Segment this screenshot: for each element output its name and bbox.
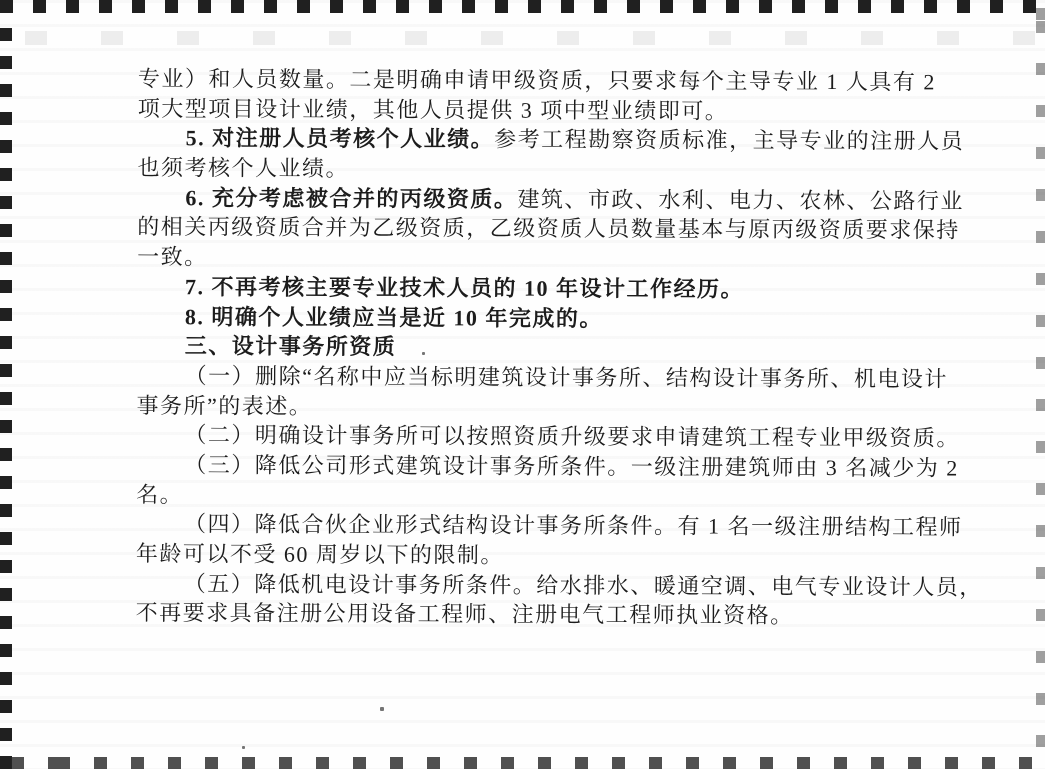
doc-line-7: 一致。 bbox=[137, 242, 947, 275]
doc-line-18-item-wu: （五）降低机电设计事务所条件。给水排水、暖通空调、电气专业设计人员， bbox=[136, 569, 946, 602]
line-text: （二）明确设计事务所可以按照资质升级要求申请建筑工程专业甲级资质。 bbox=[184, 422, 960, 450]
doc-line-1: 专业）和人员数量。二是明确申请甲级资质，只要求每个主导专业 1 人具有 2 bbox=[138, 64, 948, 97]
doc-line-10-section-heading: 三、设计事务所资质 bbox=[137, 331, 947, 364]
item-7-bold: 7. 不再考核主要专业技术人员的 10 年设计工作经历。 bbox=[185, 274, 744, 301]
line-text: （一）删除“名称中应当标明建筑设计事务所、结构设计事务所、机电设计 bbox=[185, 363, 948, 391]
scan-artifact-bottom-edge bbox=[0, 757, 1045, 769]
line-text: 专业）和人员数量。二是明确申请甲级资质，只要求每个主导专业 1 人具有 2 bbox=[138, 66, 936, 94]
document-body: 专业）和人员数量。二是明确申请甲级资质，只要求每个主导专业 1 人具有 2 项大… bbox=[136, 64, 948, 632]
line-text: （四）降低合伙企业形式结构设计事务所条件。有 1 名一级注册结构工程师 bbox=[184, 512, 963, 540]
item-6-lead-bold: 6. 充分考虑被合并的丙级资质。 bbox=[185, 185, 517, 211]
line-text: 建筑、市政、水利、电力、农林、公路行业 bbox=[517, 186, 964, 213]
scan-artifact-right-edge bbox=[1036, 0, 1045, 769]
doc-line-13-item-er: （二）明确设计事务所可以按照资质升级要求申请建筑工程专业甲级资质。 bbox=[136, 420, 946, 453]
doc-line-17: 年龄可以不受 60 周岁以下的限制。 bbox=[136, 539, 946, 572]
doc-line-8-item-7: 7. 不再考核主要专业技术人员的 10 年设计工作经历。 bbox=[137, 272, 947, 305]
scan-artifact-top-faint-row bbox=[25, 31, 1045, 45]
line-text: 的相关丙级资质合并为乙级资质，乙级资质人员数量基本与原丙级资质要求保持 bbox=[137, 214, 960, 243]
doc-line-14-item-san: （三）降低公司形式建筑设计事务所条件。一级注册建筑师由 3 名减少为 2 bbox=[136, 450, 946, 483]
line-text: 名。 bbox=[136, 482, 183, 507]
doc-line-15: 名。 bbox=[136, 480, 946, 513]
item-5-lead-bold: 5. 对注册人员考核个人业绩。 bbox=[186, 126, 495, 152]
doc-line-11-item-yi: （一）删除“名称中应当标明建筑设计事务所、结构设计事务所、机电设计 bbox=[137, 361, 947, 394]
doc-line-5-item-6: 6. 充分考虑被合并的丙级资质。建筑、市政、水利、电力、农林、公路行业 bbox=[137, 183, 947, 216]
line-text: （五）降低机电设计事务所条件。给水排水、暖通空调、电气专业设计人员， bbox=[184, 571, 983, 599]
item-8-bold: 8. 明确个人业绩应当是近 10 年完成的。 bbox=[185, 304, 603, 331]
line-text: （三）降低公司形式建筑设计事务所条件。一级注册建筑师由 3 名减少为 2 bbox=[184, 452, 959, 480]
scanned-document-page: 专业）和人员数量。二是明确申请甲级资质，只要求每个主导专业 1 人具有 2 项大… bbox=[0, 0, 1045, 769]
line-text: 项大型项目设计业绩，其他人员提供 3 项中型业绩即可。 bbox=[138, 96, 729, 124]
line-text: 参考工程勘察资质标准，主导专业的注册人员 bbox=[494, 127, 964, 154]
doc-line-2: 项大型项目设计业绩，其他人员提供 3 项中型业绩即可。 bbox=[138, 94, 948, 127]
doc-line-12: 事务所”的表述。 bbox=[136, 391, 946, 424]
line-text: 事务所”的表述。 bbox=[136, 393, 312, 419]
line-text: 不再要求具备注册公用设备工程师、注册电气工程师执业资格。 bbox=[136, 600, 794, 628]
doc-line-19: 不再要求具备注册公用设备工程师、注册电气工程师执业资格。 bbox=[136, 598, 946, 631]
scan-artifact-left-edge bbox=[0, 0, 12, 769]
doc-line-6: 的相关丙级资质合并为乙级资质，乙级资质人员数量基本与原丙级资质要求保持 bbox=[137, 212, 947, 245]
line-text: 一致。 bbox=[137, 244, 208, 269]
line-text: 也须考核个人业绩。 bbox=[137, 155, 349, 181]
line-text: 年龄可以不受 60 周岁以下的限制。 bbox=[136, 541, 504, 568]
doc-line-4: 也须考核个人业绩。 bbox=[137, 153, 947, 186]
doc-line-9-item-8: 8. 明确个人业绩应当是近 10 年完成的。 bbox=[137, 301, 947, 334]
section-3-heading: 三、设计事务所资质 bbox=[185, 333, 397, 359]
scan-speck bbox=[242, 746, 245, 749]
scan-speck bbox=[380, 707, 384, 711]
doc-line-16-item-si: （四）降低合伙企业形式结构设计事务所条件。有 1 名一级注册结构工程师 bbox=[136, 509, 946, 542]
scan-artifact-top-edge bbox=[0, 0, 1045, 13]
doc-line-3-item-5: 5. 对注册人员考核个人业绩。参考工程勘察资质标准，主导专业的注册人员 bbox=[138, 123, 948, 156]
